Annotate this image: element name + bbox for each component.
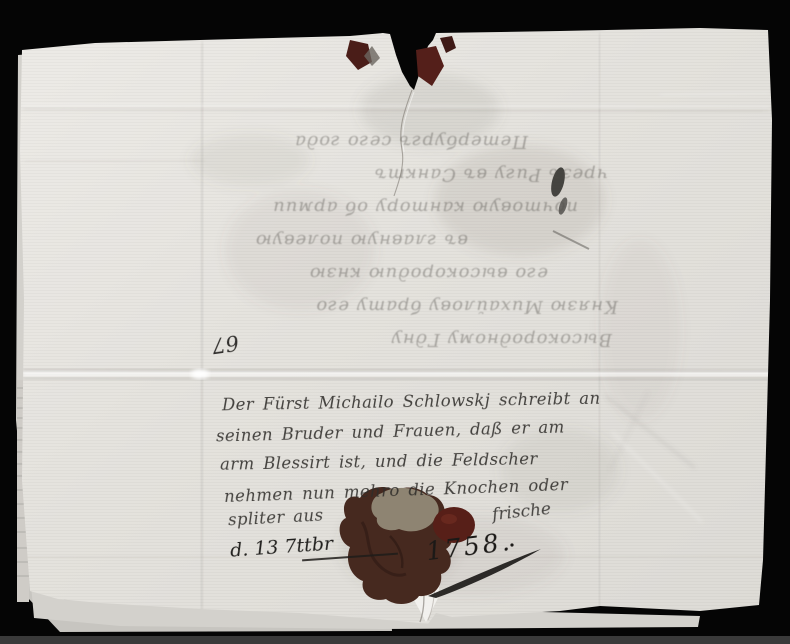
address-line: Петербургъ сего года	[198, 125, 528, 158]
round-seal-shine	[441, 514, 457, 524]
page-number: 67	[210, 330, 240, 357]
address-line: его высокородию кнзю	[198, 257, 548, 290]
address-line: въ главную полевую	[198, 224, 468, 257]
address-line: Высокородному Гдну	[198, 323, 612, 356]
address-block-upside-down: Высокородному Гдну Князю Михайлову брату…	[198, 118, 618, 356]
address-line: Князю Михайлову брату его	[198, 290, 618, 323]
scan-edge-strip	[0, 636, 790, 644]
address-line: чрезъ Ригу въ Санктъ	[198, 158, 608, 191]
scan-canvas: Высокородному Гдну Князю Михайлову брату…	[0, 0, 790, 644]
address-line: почтовую кантору об армии	[198, 191, 578, 224]
